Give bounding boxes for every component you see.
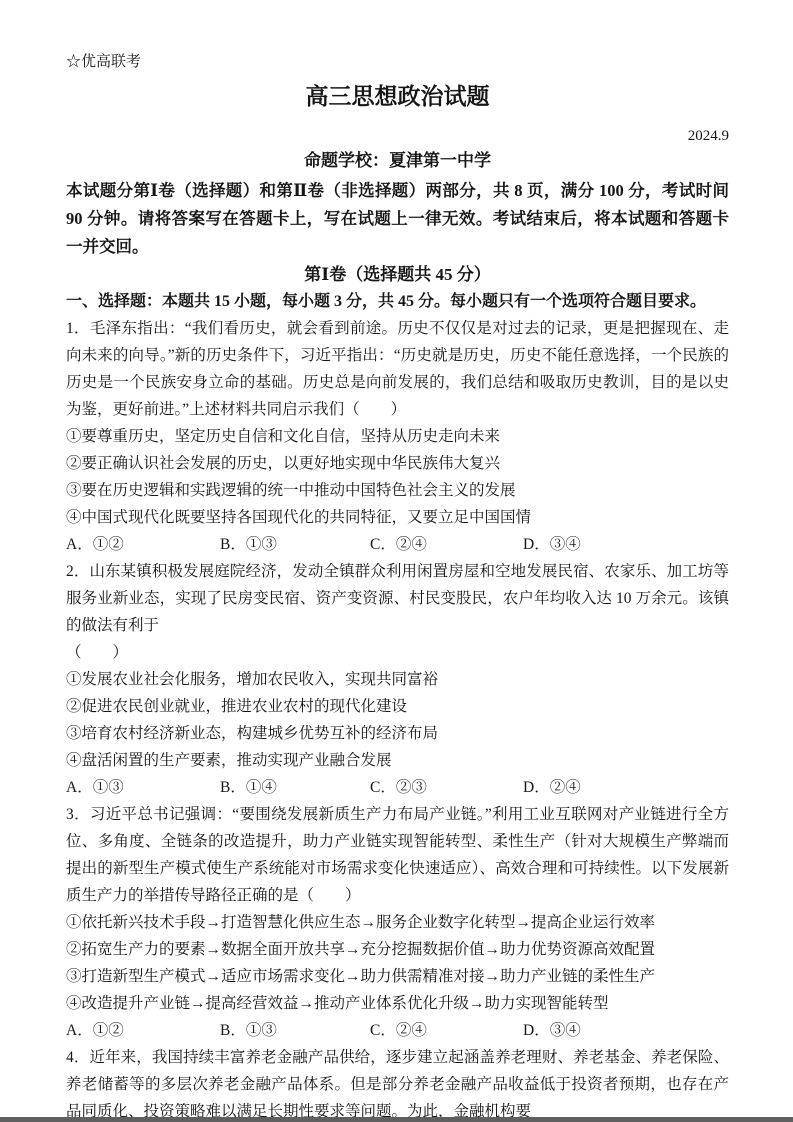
choice-d: D．③④ xyxy=(523,531,729,558)
choice-c: C．②④ xyxy=(370,1017,523,1044)
choice-a: A．①② xyxy=(66,1017,220,1044)
question-1-stem: 1．毛泽东指出：“我们看历史，就会看到前途。历史不仅仅是对过去的记录，更是把握现… xyxy=(66,315,729,423)
question-1-item-3: ③要在历史逻辑和实践逻辑的统一中推动中国特色社会主义的发展 xyxy=(66,477,729,504)
question-4: 4．近年来，我国持续丰富养老金融产品供给，逐步建立起涵盖养老理财、养老基金、养老… xyxy=(66,1044,729,1122)
section-title: 第Ⅰ卷（选择题共 45 分） xyxy=(66,261,729,288)
question-2-item-1: ①发展农业社会化服务，增加农民收入，实现共同富裕 xyxy=(66,666,729,693)
choice-b: B．①③ xyxy=(220,531,370,558)
exam-instructions: 本试题分第Ⅰ卷（选择题）和第Ⅱ卷（非选择题）两部分，共 8 页，满分 100 分… xyxy=(66,177,729,261)
choice-a: A．①② xyxy=(66,531,220,558)
section-instruction: 一、选择题：本题共 15 小题，每小题 3 分，共 45 分。每小题只有一个选项… xyxy=(66,288,729,315)
choice-c: C．②③ xyxy=(370,774,523,801)
question-2-choices: A．①③ B．①④ C．②③ D．②④ xyxy=(66,774,729,801)
choice-b: B．①④ xyxy=(220,774,370,801)
question-1-item-4: ④中国式现代化既要坚持各国现代化的共同特征，又要立足中国国情 xyxy=(66,504,729,531)
question-1: 1．毛泽东指出：“我们看历史，就会看到前途。历史不仅仅是对过去的记录，更是把握现… xyxy=(66,315,729,558)
exam-date: 2024.9 xyxy=(66,126,729,146)
question-2-item-2: ②促进农民创业就业，推进农业农村的现代化建设 xyxy=(66,693,729,720)
question-2-stem: 2．山东某镇积极发展庭院经济，发动全镇群众利用闲置房屋和空地发展民宿、农家乐、加… xyxy=(66,558,729,639)
question-1-choices: A．①② B．①③ C．②④ D．③④ xyxy=(66,531,729,558)
choice-c: C．②④ xyxy=(370,531,523,558)
question-1-item-1: ①要尊重历史，坚定历史自信和文化自信，坚持从历史走向未来 xyxy=(66,423,729,450)
exam-page: ☆优高联考 高三思想政治试题 2024.9 命题学校：夏津第一中学 本试题分第Ⅰ… xyxy=(0,0,793,1122)
choice-b: B．①③ xyxy=(220,1017,370,1044)
school-line: 命题学校：夏津第一中学 xyxy=(66,149,729,173)
question-3-item-3: ③打造新型生产模式→适应市场需求变化→助力供需精准对接→助力产业链的柔性生产 xyxy=(66,963,729,990)
question-3: 3．习近平总书记强调：“要围绕发展新质生产力布局产业链。”利用工业互联网对产业链… xyxy=(66,801,729,1044)
choice-d: D．②④ xyxy=(523,774,729,801)
question-1-item-2: ②要正确认识社会发展的历史，以更好地实现中华民族伟大复兴 xyxy=(66,450,729,477)
question-3-item-2: ②拓宽生产力的要素→数据全面开放共享→充分挖掘数据价值→助力优势资源高效配置 xyxy=(66,936,729,963)
question-2-item-4: ④盘活闲置的生产要素，推动实现产业融合发展 xyxy=(66,747,729,774)
question-3-stem: 3．习近平总书记强调：“要围绕发展新质生产力布局产业链。”利用工业互联网对产业链… xyxy=(66,801,729,909)
choice-a: A．①③ xyxy=(66,774,220,801)
question-3-item-1: ①依托新兴技术手段→打造智慧化供应生态→服务企业数字化转型→提高企业运行效率 xyxy=(66,909,729,936)
question-2-item-3: ③培育农村经济新业态，构建城乡优势互补的经济布局 xyxy=(66,720,729,747)
question-4-stem: 4．近年来，我国持续丰富养老金融产品供给，逐步建立起涵盖养老理财、养老基金、养老… xyxy=(66,1044,729,1122)
question-3-choices: A．①② B．①③ C．②④ D．③④ xyxy=(66,1017,729,1044)
page-bottom-edge xyxy=(0,1117,793,1122)
question-3-item-4: ④改造提升产业链→提高经营效益→推动产业体系优化升级→助力实现智能转型 xyxy=(66,990,729,1017)
choice-d: D．③④ xyxy=(523,1017,729,1044)
watermark: ☆优高联考 xyxy=(66,52,729,72)
question-2: 2．山东某镇积极发展庭院经济，发动全镇群众利用闲置房屋和空地发展民宿、农家乐、加… xyxy=(66,558,729,801)
page-title: 高三思想政治试题 xyxy=(66,82,729,112)
question-2-answer-blank: （ ） xyxy=(66,639,729,666)
